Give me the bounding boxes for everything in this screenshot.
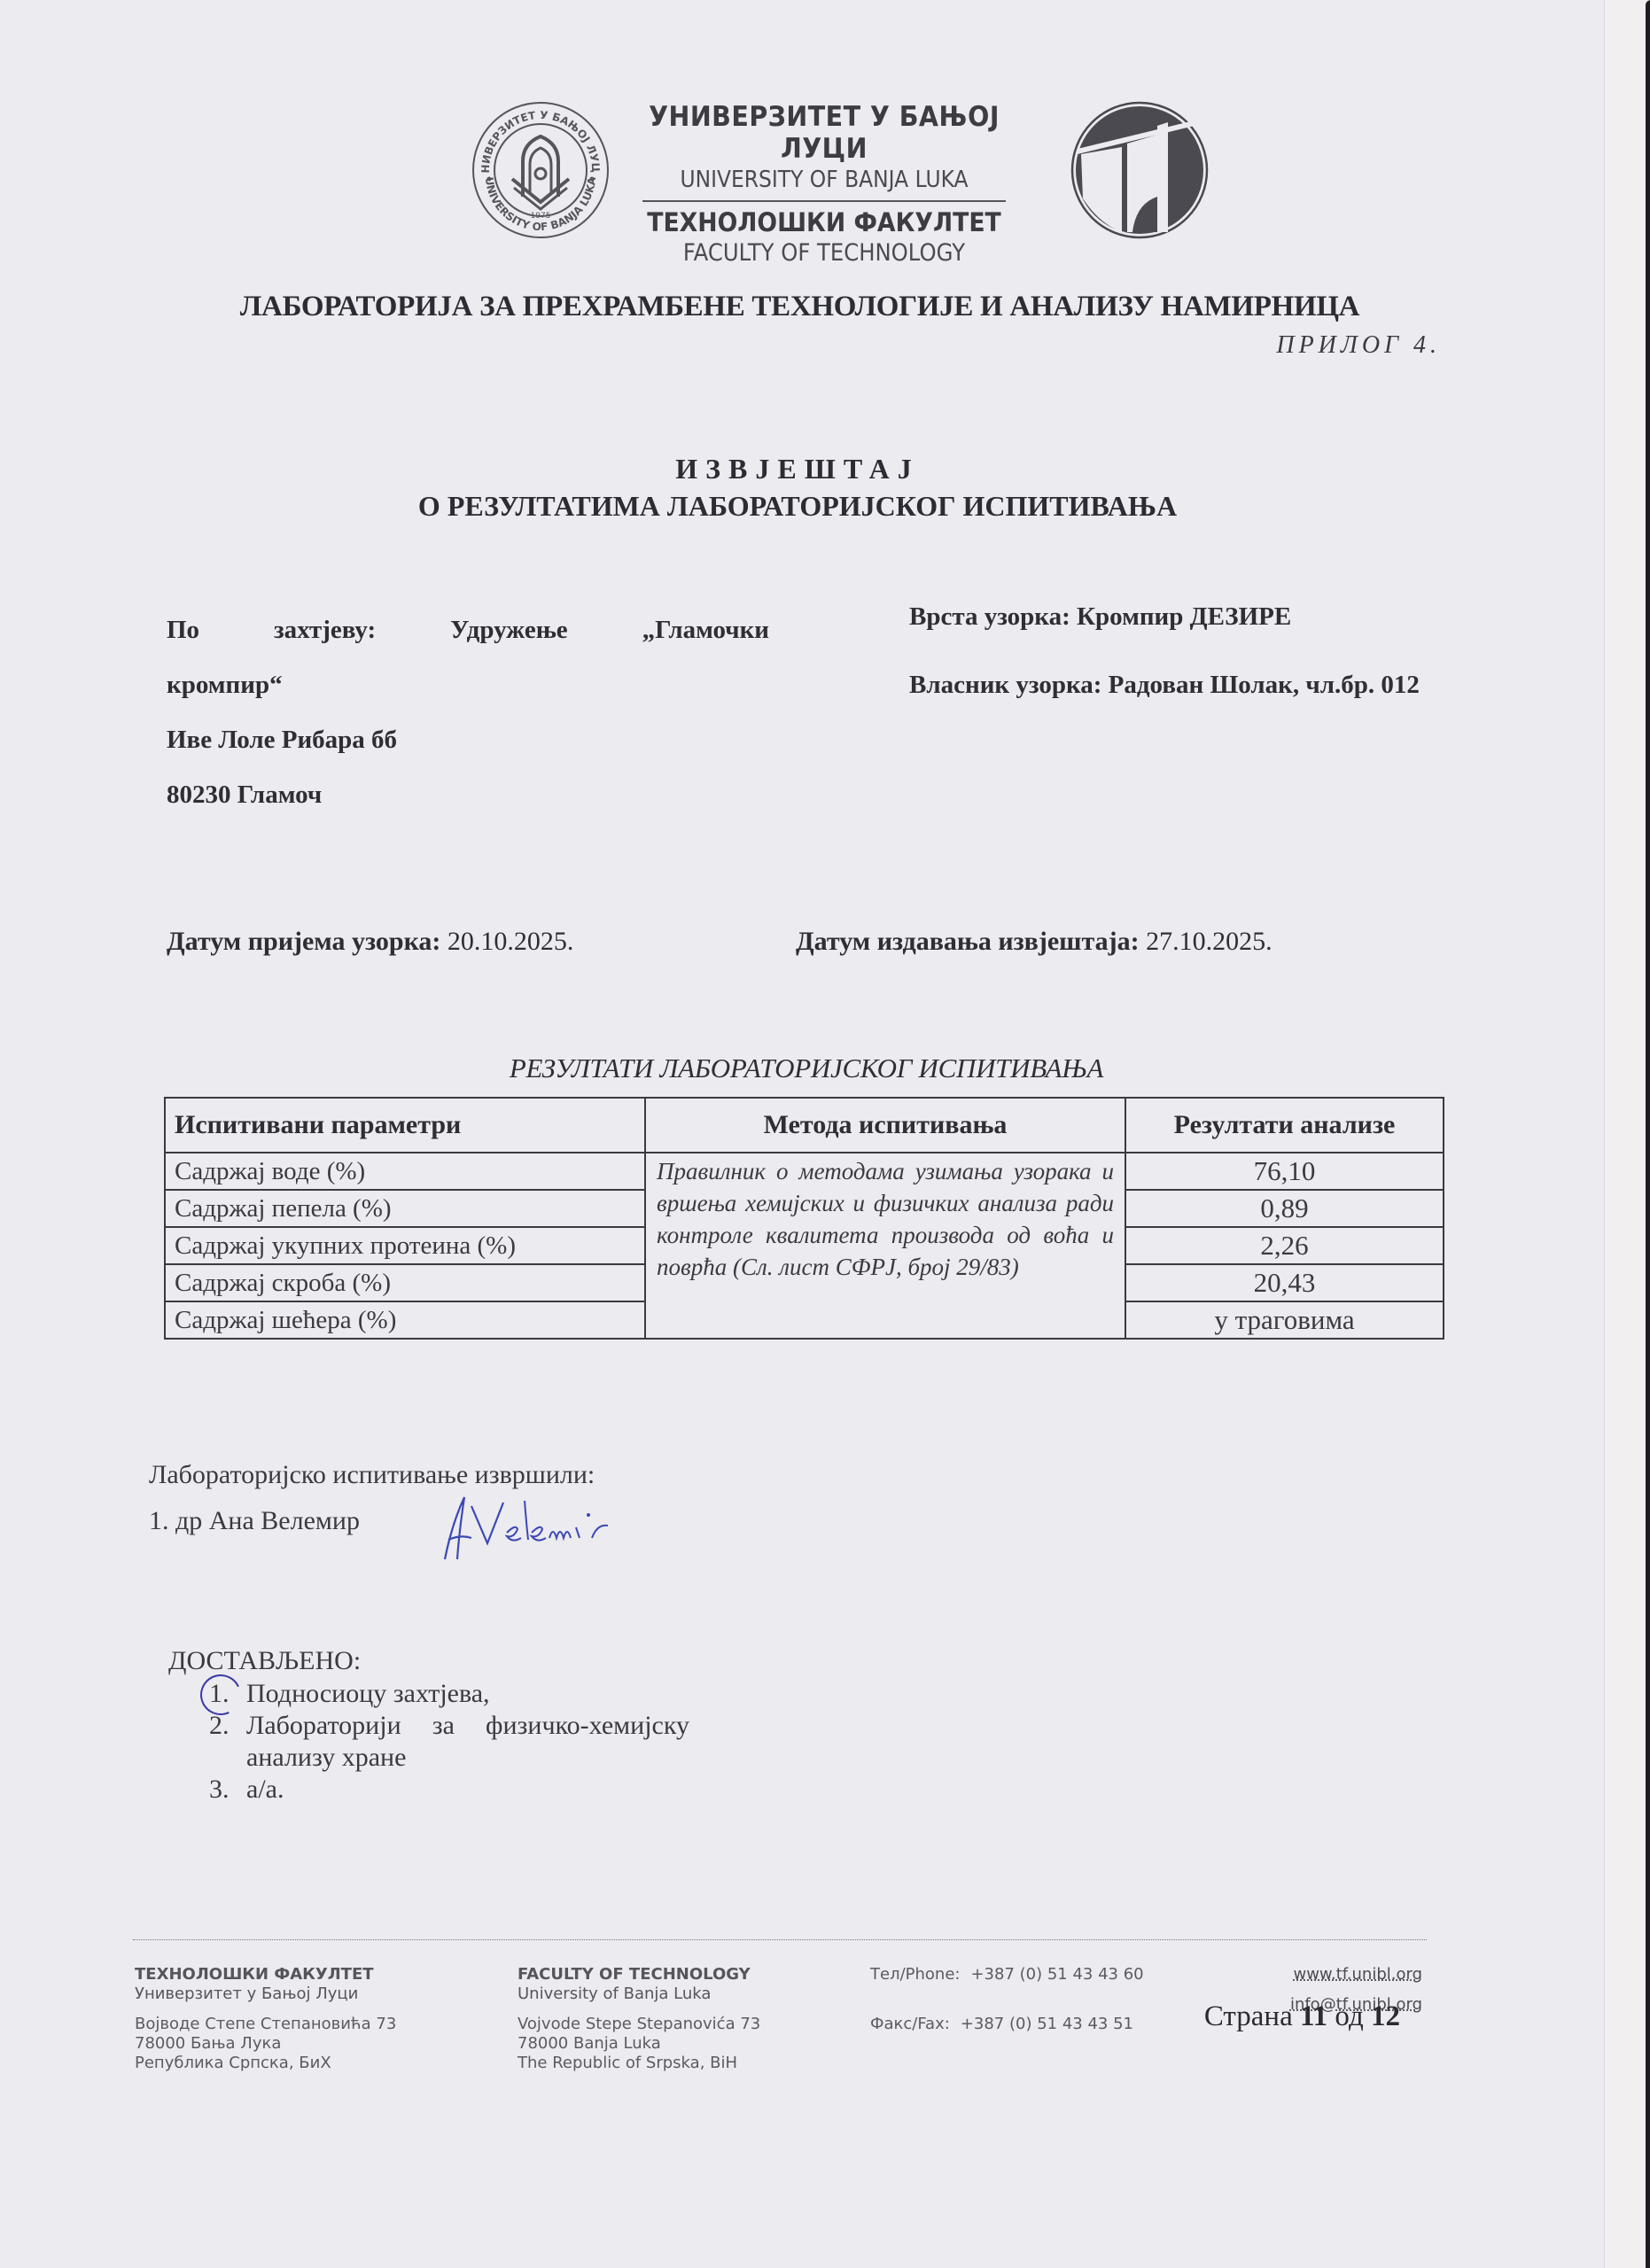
list-item-number: 2. [209,1710,230,1742]
sample-type: Врста узорка: Кромпир ДЕЗИРЕ [909,602,1441,632]
footer-country-lat: The Republic of Srpska, BiH [518,2054,760,2073]
page-total: 12 [1371,2000,1400,2032]
annex-label: ПРИЛОГ 4. [1276,331,1441,360]
phone-value: +387 (0) 51 43 43 60 [970,1965,1143,1984]
requester-city: 80230 Гламоч [167,767,769,822]
list-item-number: 3. [209,1774,230,1806]
fax-value: +387 (0) 51 43 43 51 [961,2015,1133,2034]
svg-text:УНИВЕРЗИТЕТ У БАЊОЈ ЛУЦИ: УНИВЕРЗИТЕТ У БАЊОЈ ЛУЦИ [470,99,602,174]
result-cell: у траговима [1125,1301,1444,1339]
university-seal-icon: УНИВЕРЗИТЕТ У БАЊОЈ ЛУЦИ UNIVERSITY OF B… [470,99,611,241]
footer-divider [133,1939,1427,1940]
footer-street-cyr: Војводе Степе Степановића 73 [135,2015,396,2034]
laboratory-title: ЛАБОРАТОРИЈА ЗА ПРЕХРАМБЕНЕ ТЕХНОЛОГИЈЕ … [160,291,1440,323]
university-name-latin: UNIVERSITY OF BANJA LUKA [645,167,1004,193]
footer-contacts: Тел/Phone: +387 (0) 51 43 43 60 Факс/Fax… [870,1965,1144,2034]
received-date: Датум пријема узорка: 20.10.2025. [167,927,573,957]
sample-owner-label: Власник узорка: [909,671,1101,699]
university-name-cyrillic: УНИВЕРЗИТЕТ У БАЊОЈ ЛУЦИ [641,101,1008,165]
website-link[interactable]: www.tf.unibl.org [1289,1965,1422,1984]
delivered-list: 1. Подносиоцу захтјева, 2. Лабораторији … [168,1678,789,1806]
list-item-text: Подносиоцу захтјева, [246,1678,689,1710]
parameter-cell: Садржај шећера (%) [165,1301,645,1339]
footer-country-cyr: Република Српска, БиХ [135,2054,396,2073]
requester-name-cont: кромпир“ [167,657,769,712]
sample-type-value: Кромпир ДЕЗИРЕ [1077,602,1291,631]
faculty-name-cyrillic: ТЕХНОЛОШКИ ФАКУЛТЕТ [641,207,1008,237]
header-parameters: Испитивани параметри [165,1098,645,1153]
parameter-cell: Садржај воде (%) [165,1153,645,1190]
requester-street: Иве Лоле Рибара бб [167,712,769,767]
page-current: 11 [1300,2000,1327,2032]
footer-university-lat: University of Banja Luka [518,1984,760,2004]
performer-name: 1. др Ана Велемир [149,1506,360,1536]
svg-text:1975: 1975 [531,212,551,221]
sample-owner-value: Радован Шолак, чл.бр. 012 [1109,671,1420,699]
footer-phone: Тел/Phone: +387 (0) 51 43 43 60 [870,1965,1144,1984]
page-of: од [1335,2000,1363,2032]
phone-label: Тел/Phone: [870,1965,960,1984]
result-cell: 20,43 [1125,1264,1444,1301]
footer-university-cyr: Универзитет у Бањој Луци [135,1984,396,2004]
parameter-cell: Садржај пепела (%) [165,1190,645,1227]
delivered-block: ДОСТАВЉЕНО: 1. Подносиоцу захтјева, 2. Л… [168,1646,789,1806]
header-method: Метода испитивања [645,1098,1125,1153]
list-item-text: Лабораторији за физичко-хемијску анализу… [246,1710,689,1774]
requester-block: По захтјеву: Удружење „Гламочки кромпир“… [167,602,769,822]
sample-type-label: Врста узорка: [909,602,1070,631]
header-results: Резултати анализе [1125,1098,1444,1153]
report-title-line2: О РЕЗУЛТАТИМА ЛАБОРАТОРИЈСКОГ ИСПИТИВАЊА [337,487,1258,524]
faculty-name-latin: FACULTY OF TECHNOLOGY [645,239,1004,267]
footer-city-cyr: 78000 Бања Лука [135,2034,396,2054]
result-cell: 76,10 [1125,1153,1444,1190]
letterhead: УНИВЕРЗИТЕТ У БАЊОЈ ЛУЦИ UNIVERSITY OF B… [470,99,1214,245]
letterhead-divider [642,200,1006,202]
delivered-label: ДОСТАВЉЕНО: [168,1646,789,1676]
table-row: Садржај воде (%) Правилник о методама уз… [165,1153,1444,1190]
requester-word: захтјеву: [274,602,376,657]
footer-fax: Факс/Fax: +387 (0) 51 43 43 51 [870,2015,1144,2034]
footer-faculty-lat: FACULTY OF TECHNOLOGY [518,1965,760,1984]
list-item-text: а/а. [246,1774,689,1806]
issued-date-label: Датум издавања извјештаја: [796,927,1140,956]
requester-word: По [167,602,199,657]
list-item-number: 1. [209,1678,230,1710]
page-number: Страна 11 од 12 [1204,2000,1400,2033]
result-cell: 2,26 [1125,1227,1444,1264]
list-item: 2. Лабораторији за физичко-хемијску анал… [168,1710,789,1774]
list-item: 3. а/а. [168,1774,789,1806]
sample-block: Врста узорка: Кромпир ДЕЗИРЕ Власник узо… [909,602,1441,703]
letterhead-text: УНИВЕРЗИТЕТ У БАЊОЈ ЛУЦИ UNIVERSITY OF B… [625,99,1023,267]
sample-owner: Власник узорка: Радован Шолак, чл.бр. 01… [909,667,1441,703]
results-table: Испитивани параметри Метода испитивања Р… [164,1097,1444,1340]
parameter-cell: Садржај скроба (%) [165,1264,645,1301]
fax-label: Факс/Fax: [870,2015,950,2034]
footer-address-cyrillic: ТЕХНОЛОШКИ ФАКУЛТЕТ Универзитет у Бањој … [135,1965,396,2073]
performed-by-label: Лабораторијско испитивање извршили: [149,1460,595,1490]
result-cell: 0,89 [1125,1190,1444,1227]
received-date-value: 20.10.2025. [448,927,574,956]
footer-street-lat: Vojvode Stepe Stepanovića 73 [518,2015,760,2034]
received-date-label: Датум пријема узорка: [167,927,440,956]
report-title: ИЗВЈЕШТАЈ О РЕЗУЛТАТИМА ЛАБОРАТОРИЈСКОГ … [337,450,1258,524]
faculty-tf-logo-icon [1069,99,1210,241]
document-page: УНИВЕРЗИТЕТ У БАЊОЈ ЛУЦИ UNIVERSITY OF B… [0,0,1604,2268]
list-item: 1. Подносиоцу захтјева, [168,1678,789,1710]
method-cell: Правилник о методама узимања узорака и в… [645,1153,1125,1339]
page-prefix: Страна [1204,2000,1293,2032]
requester-line: По захтјеву: Удружење „Гламочки [167,602,769,657]
issued-date-value: 27.10.2025. [1146,927,1273,956]
signature-icon [432,1488,645,1568]
scanner-edge [1604,0,1650,2268]
report-title-line1: ИЗВЈЕШТАЈ [337,450,1258,487]
results-caption: РЕЗУЛТАТИ ЛАБОРАТОРИЈСКОГ ИСПИТИВАЊА [160,1052,1453,1084]
requester-word: Удружење [450,602,568,657]
footer-address-latin: FACULTY OF TECHNOLOGY University of Banj… [518,1965,760,2073]
requester-word: „Гламочки [642,602,769,657]
footer-city-lat: 78000 Banja Luka [518,2034,760,2054]
table-header-row: Испитивани параметри Метода испитивања Р… [165,1098,1444,1153]
footer-faculty-cyr: ТЕХНОЛОШКИ ФАКУЛТЕТ [135,1965,396,1984]
parameter-cell: Садржај укупних протеина (%) [165,1227,645,1264]
issued-date: Датум издавања извјештаја: 27.10.2025. [796,927,1273,957]
